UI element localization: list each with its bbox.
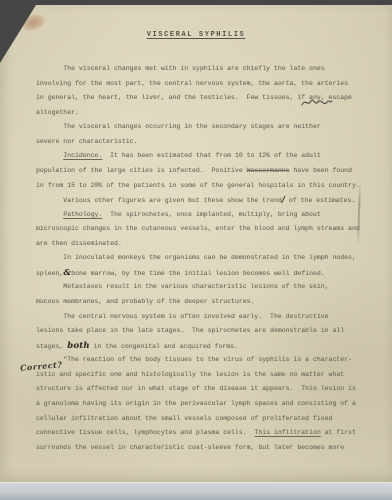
doc-line: in from 15 to 20% of the patients in som… xyxy=(36,179,376,194)
doc-line: connective tissue cells, lymphocytes and… xyxy=(36,426,376,441)
doc-line: are then disseminated. xyxy=(36,237,376,252)
doc-line: Various other figures are given but thes… xyxy=(36,193,376,208)
doc-line: cellular infiltration about the small ve… xyxy=(36,412,376,427)
doc-line: severe nor characteristic. xyxy=(36,135,376,150)
scribble-mark xyxy=(301,96,333,109)
doc-lines: The visceral changes met with in syphili… xyxy=(36,62,376,455)
doc-line: The visceral changes occurring in the se… xyxy=(36,120,376,135)
doc-line: stages, both in the congenital and acqui… xyxy=(36,339,376,354)
doc-line: a granuloma having its origin in the per… xyxy=(36,397,376,412)
paper-page: VISCERAL SYPHILIS The visceral changes m… xyxy=(0,5,392,483)
doc-line: "The reaction of the body tissues to the… xyxy=(36,353,376,368)
doc-line: The visceral changes met with in syphili… xyxy=(36,62,376,77)
doc-line: In inoculated monkeys the organisms can … xyxy=(36,251,376,266)
doc-line: The central nervous system is often invo… xyxy=(36,310,376,325)
photographed-document: { "page": { "background_color": "#464646… xyxy=(0,0,392,500)
doc-line: involving for the most part, the central… xyxy=(36,77,376,92)
doc-line: spleen,&bone marrow, by the time the ini… xyxy=(36,266,376,281)
doc-line: Metastases result in the various charact… xyxy=(36,280,376,295)
doc-line: microscopic changes in the cutaneous ves… xyxy=(36,222,376,237)
doc-line: surrounds the vessel in characteristic c… xyxy=(36,441,376,456)
doc-line: structure is affected nor in what stage … xyxy=(36,382,376,397)
doc-line: lesions take place in the late stages. T… xyxy=(36,324,376,339)
doc-line: mucous membranes, and probably of the de… xyxy=(36,295,376,310)
document-title: VISCERAL SYPHILIS xyxy=(0,31,392,39)
doc-line: istic and specific one and histologicall… xyxy=(36,368,376,383)
doc-line: population of the large cities is infect… xyxy=(36,164,376,179)
doc-line: Incidence. It has been estimated that fr… xyxy=(36,149,376,164)
underlying-sheet xyxy=(0,481,392,500)
doc-line: Pathology. The spirochetes, once implant… xyxy=(36,208,376,223)
